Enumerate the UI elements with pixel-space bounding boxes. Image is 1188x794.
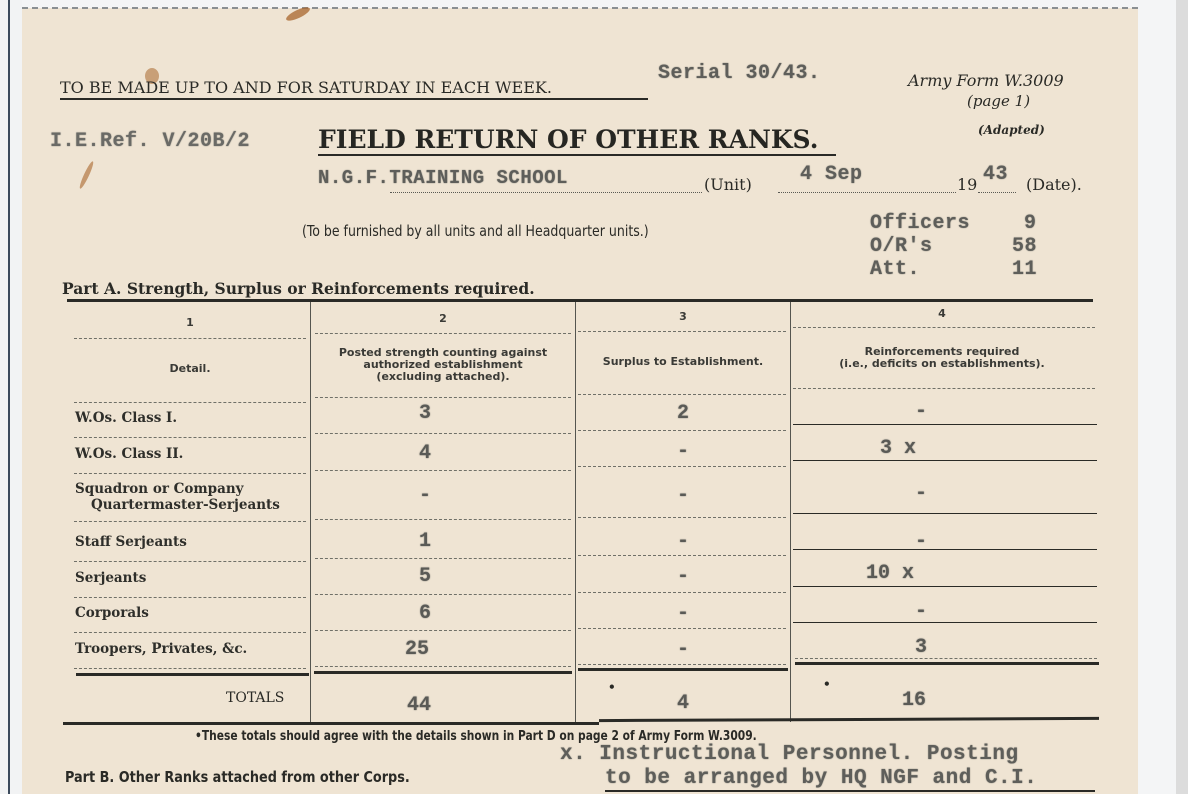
row-detail-line: Squadron or Company [75,481,280,497]
row-rule [578,430,786,431]
part-b-note-line1: x. Instructional Personnel. Posting [560,743,1019,766]
row-detail: Troopers, Privates, &c. [75,641,247,657]
instruction-underline [60,98,648,100]
row-surplus: - [577,565,789,588]
col-divider [790,302,791,722]
col3-number: 3 [577,311,789,323]
col2-heading: Posted strength counting against authori… [312,347,574,383]
row-rule [578,555,786,556]
row-rule [74,521,306,522]
ie-reference: I.E.Ref. V/20B/2 [50,130,250,153]
row-rule [315,558,571,559]
year-dotted-line [978,192,1016,193]
date-value: 4 Sep [800,163,863,186]
row-rule [74,437,306,438]
row-rule [74,668,306,669]
row-rule [793,460,1097,461]
row-detail: Squadron or Company Quartermaster-Serjea… [75,481,280,513]
row-rule [793,424,1097,425]
date-label: (Date). [1026,175,1082,194]
row-rule [578,628,786,629]
col4-heading: Reinforcements required (i.e., deficits … [792,346,1092,370]
header-rule [578,394,786,395]
totals-reinforcements: 16 [792,689,1036,712]
col-divider [310,302,311,722]
row-reinforcements: 10 x [866,562,1006,585]
table-top-rule [67,299,1093,302]
summary-or-value: 58 [1012,235,1037,258]
row-rule [315,519,571,520]
header-rule [793,388,1095,389]
row-rule [578,664,786,665]
row-detail: Staff Serjeants [75,534,187,550]
form-name: Army Form W.3009 [908,71,1064,90]
row-rule [315,433,571,434]
summary-or-label: O/R's [870,235,933,258]
row-rule [74,473,306,474]
header-rule [74,402,306,403]
totals-label: TOTALS [226,690,284,706]
row-detail: Serjeants [75,570,146,586]
header-rule [578,331,786,332]
col1-heading: Detail. [70,363,310,375]
unit-label: (Unit) [704,175,752,194]
header-rule [315,333,571,334]
unit-dotted-line [390,192,702,193]
scan-edge-line [8,0,10,794]
row-reinforcements: - [792,482,1050,505]
totals-rule [76,673,309,676]
row-reinforcements: - [792,600,1050,623]
form-adapted: (Adapted) [978,123,1045,137]
row-surplus: 2 [577,402,789,425]
furnished-note: (To be furnished by all units and all He… [302,222,649,240]
col4-number: 4 [792,308,1092,320]
row-posted: - [312,484,538,507]
totals-rule [578,668,788,671]
row-detail: W.Os. Class II. [75,446,183,462]
row-rule [793,586,1097,587]
col1-number: 1 [70,317,310,329]
row-rule [315,470,571,471]
totals-posted: 44 [312,694,526,717]
row-posted: 1 [312,530,538,553]
row-rule [74,561,306,562]
row-reinforcements: 3 [792,636,1050,659]
part-a-title: Part A. Strength, Surplus or Reinforceme… [62,279,535,298]
summary-att-label: Att. [870,258,920,281]
scan-right-margin [1176,0,1188,794]
unit-value: N.G.F.TRAINING SCHOOL [318,167,568,189]
row-rule [315,630,571,631]
scan-left-margin [0,0,22,794]
row-detail: Corporals [75,605,149,621]
row-rule [793,549,1097,550]
totals-footnote: •These totals should agree with the deta… [195,728,757,744]
row-rule [74,632,306,633]
header-rule [315,397,571,398]
row-surplus: - [577,530,789,553]
row-rule [315,666,571,667]
row-posted: 5 [312,565,538,588]
col3-heading: Surplus to Establishment. [577,356,789,368]
header-rule [793,327,1095,328]
totals-surplus: 4 [577,692,789,715]
row-rule [793,622,1097,623]
col2-number: 2 [312,313,574,325]
serial-number: Serial 30/43. [658,62,821,85]
title-underline [318,154,836,156]
col2-heading-line: (excluding attached). [312,371,574,383]
weekly-instruction: TO BE MADE UP TO AND FOR SATURDAY IN EAC… [60,78,552,97]
row-reinforcements: 3 x [880,437,1000,460]
row-rule [578,517,786,518]
row-posted: 4 [312,442,538,465]
col4-heading-line: (i.e., deficits on establishments). [792,358,1092,370]
header-rule [74,338,306,339]
part-b-rule [605,790,1095,792]
totals-rule [314,671,572,674]
date-dotted-line [778,192,956,193]
row-rule [74,597,306,598]
row-reinforcements: - [792,400,1050,423]
totals-rule [795,662,1099,665]
row-posted: 3 [312,402,538,425]
row-posted: 6 [312,602,538,625]
summary-officers-value: 9 [1024,212,1037,235]
row-surplus: - [577,602,789,625]
part-b-title: Part B. Other Ranks attached from other … [65,768,410,786]
row-detail-line: Quartermaster-Serjeants [75,497,280,513]
year-value: 43 [983,163,1008,186]
table-bottom-rule [63,722,599,725]
col-divider [575,302,576,722]
row-rule [793,513,1097,514]
row-rule [578,592,786,593]
row-rule [795,658,1097,659]
page-title: FIELD RETURN OF OTHER RANKS. [318,125,818,154]
row-posted: 25 [312,638,522,661]
summary-att-value: 11 [1012,258,1037,281]
row-surplus: - [577,440,789,463]
year-prefix: 19 [957,175,977,194]
perforated-edge [22,7,1138,9]
row-rule [578,466,786,467]
row-rule [315,594,571,595]
form-page: (page 1) [967,92,1030,110]
part-b-note-line2: to be arranged by HQ NGF and C.I. [605,767,1037,790]
summary-officers-label: Officers [870,212,970,235]
row-surplus: - [577,484,789,507]
row-surplus: - [577,638,789,661]
row-detail: W.Os. Class I. [75,410,177,426]
